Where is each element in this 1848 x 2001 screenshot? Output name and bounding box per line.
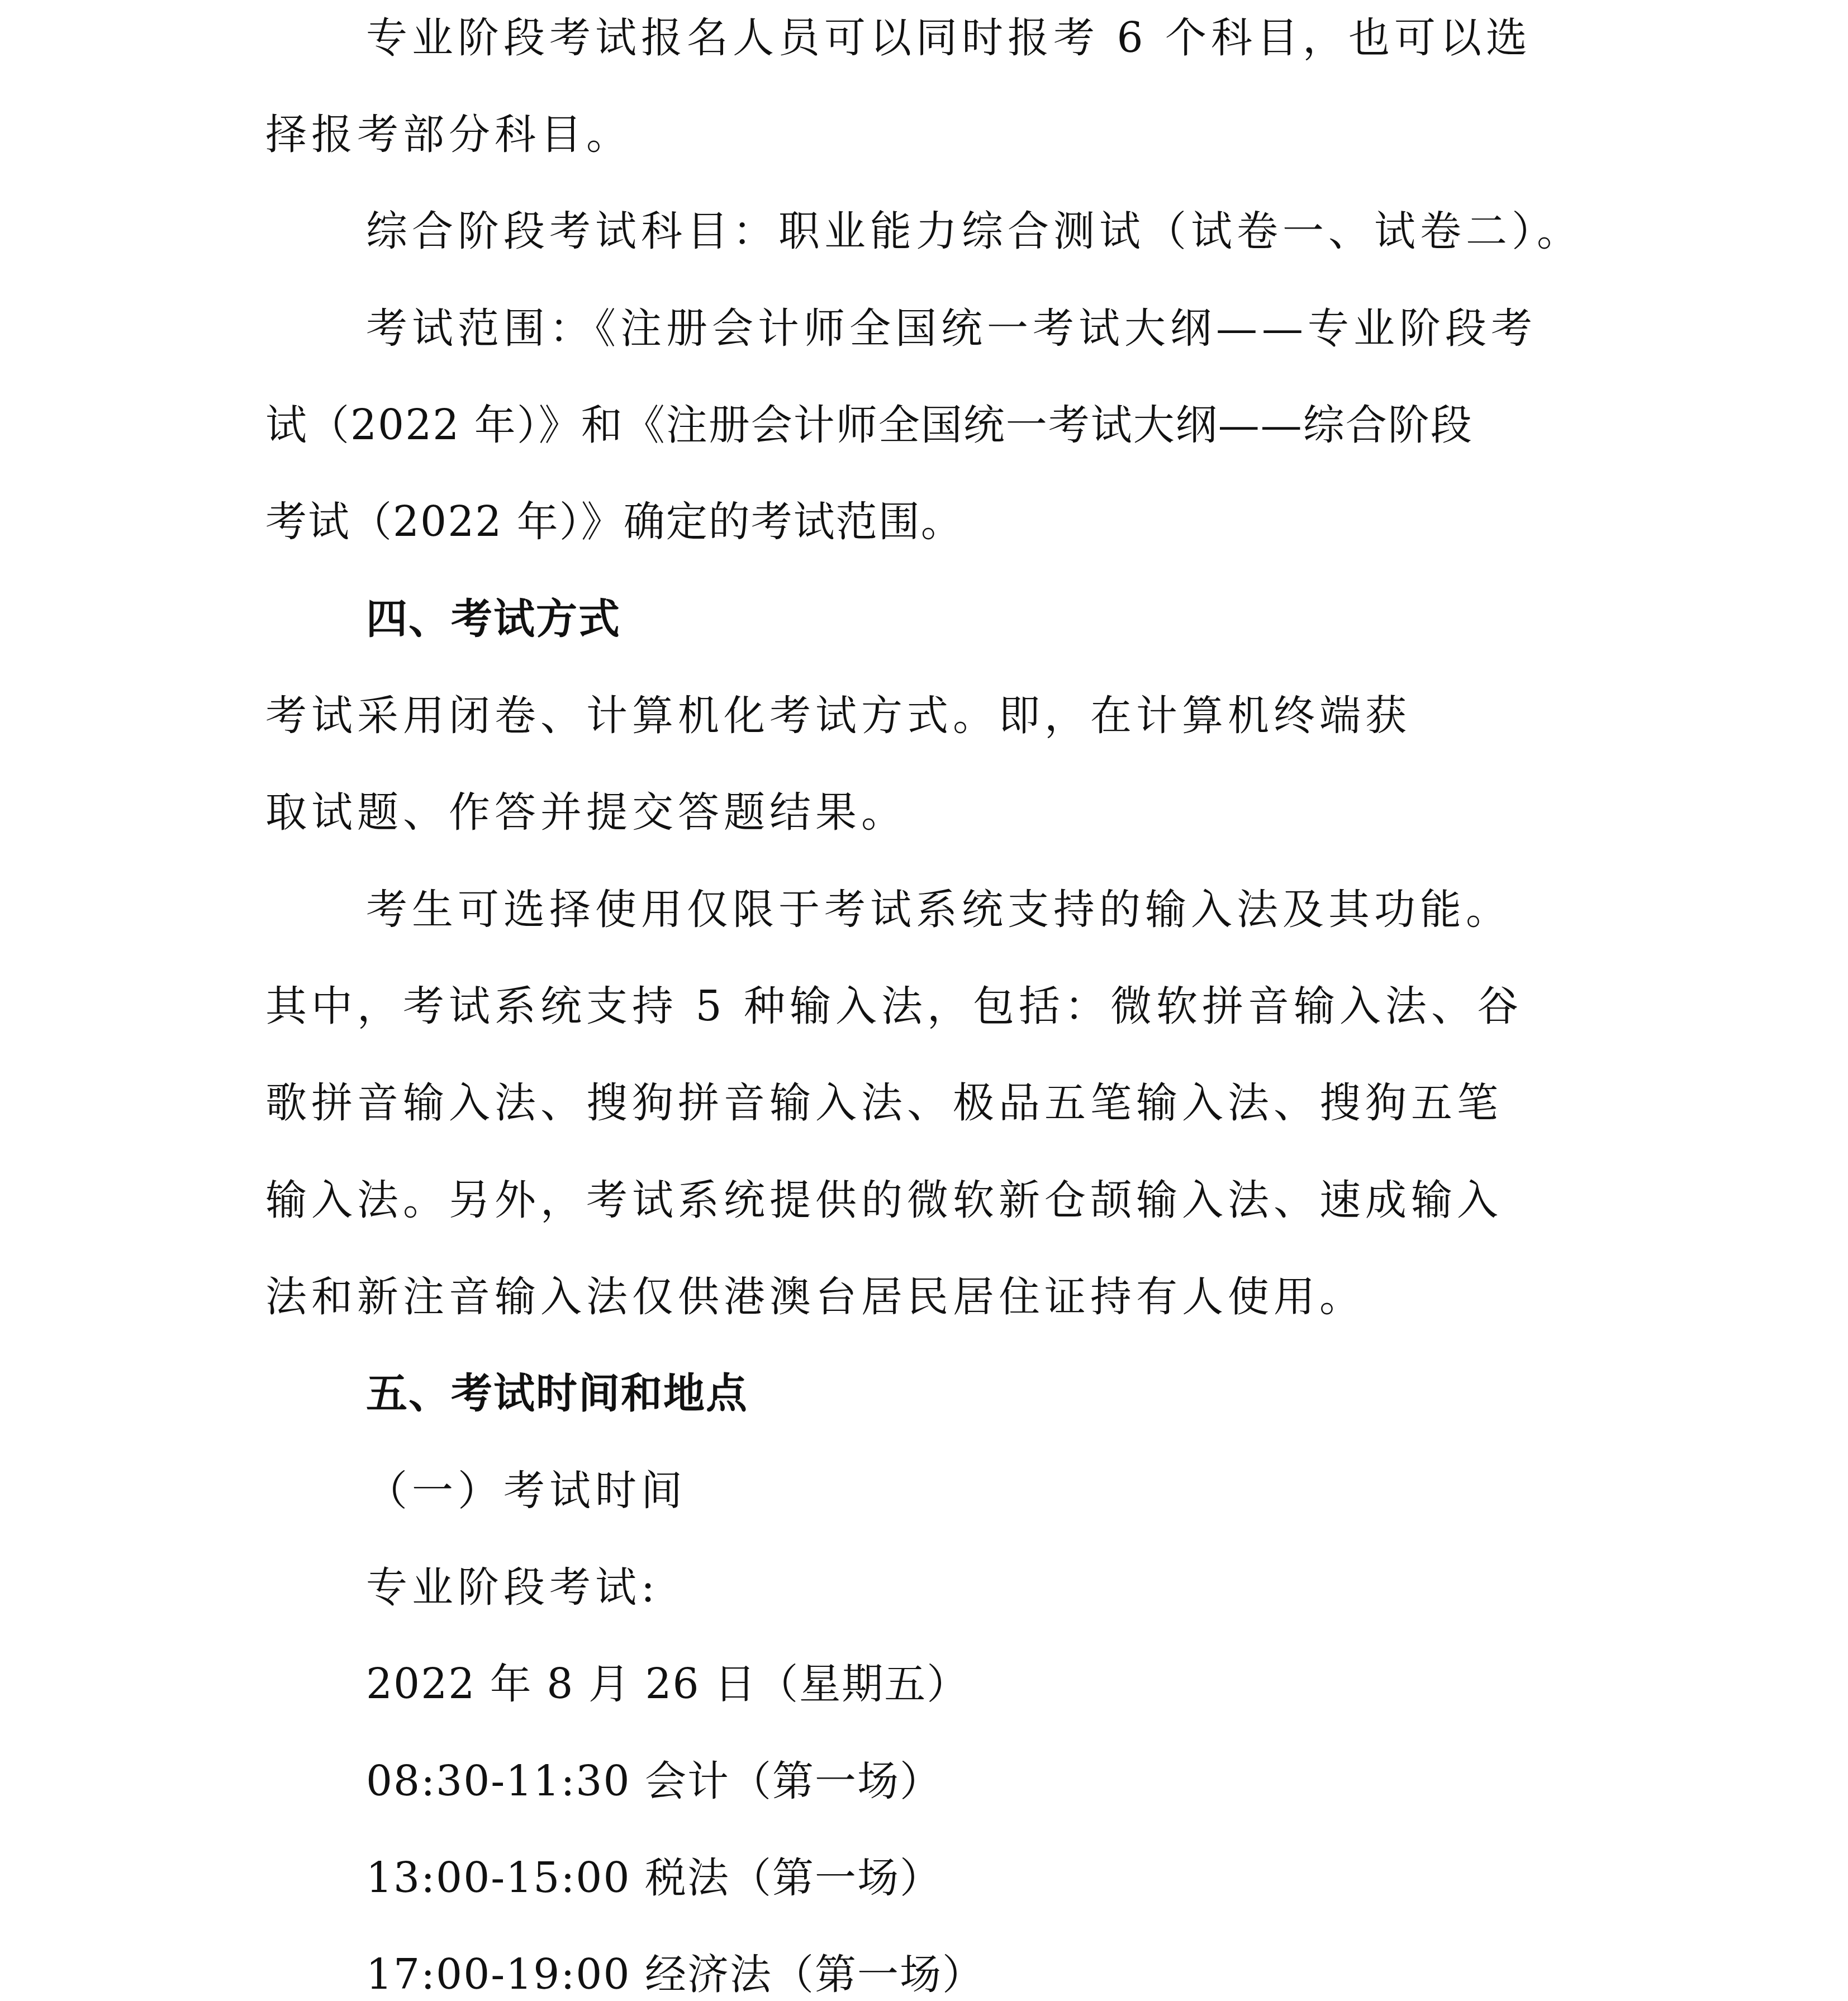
schedule-subject: 经济法（第一场） bbox=[645, 1951, 985, 1999]
paragraph-method-line-1: 考试采用闭卷、计算机化考试方式。即，在计算机终端获 bbox=[265, 688, 1411, 744]
schedule-time: 08:30-11:30 bbox=[366, 1757, 631, 1805]
document-page: 专业阶段考试报名人员可以同时报考 6 个科目，也可以选 择报考部分科目。 综合阶… bbox=[0, 0, 1848, 2001]
schedule-row: 17:00-19:00 经济法（第一场） bbox=[366, 1947, 985, 2001]
paragraph-scope-line-2: 试（2022 年）》和《注册会计师全国统一考试大纲——综合阶段 bbox=[265, 397, 1473, 453]
paragraph-comprehensive-subject: 综合阶段考试科目：职业能力综合测试（试卷一、试卷二）。 bbox=[366, 203, 1583, 259]
paragraph-method-line-2: 取试题、作答并提交答题结果。 bbox=[265, 785, 907, 840]
schedule-subject: 会计（第一场） bbox=[645, 1757, 942, 1805]
stage-label: 专业阶段考试: bbox=[366, 1560, 659, 1615]
section-5-heading: 五、考试时间和地点 bbox=[366, 1366, 748, 1422]
section-4-heading: 四、考试方式 bbox=[366, 591, 621, 647]
schedule-time: 13:00-15:00 bbox=[366, 1854, 631, 1902]
paragraph-input-line-1: 考生可选择使用仅限于考试系统支持的输入法及其功能。 bbox=[366, 882, 1512, 938]
exam-date: 2022 年 8 月 26 日（星期五） bbox=[366, 1656, 969, 1712]
paragraph-input-line-2: 其中，考试系统支持 5 种输入法，包括：微软拼音输入法、谷 bbox=[265, 978, 1523, 1034]
schedule-subject: 税法（第一场） bbox=[645, 1854, 942, 1902]
schedule-time: 17:00-19:00 bbox=[366, 1951, 631, 1999]
paragraph-input-line-4: 输入法。另外，考试系统提供的微软新仓颉输入法、速成输入 bbox=[265, 1172, 1503, 1228]
paragraph-scope-line-3: 考试（2022 年）》确定的考试范围。 bbox=[265, 494, 963, 550]
schedule-row: 08:30-11:30 会计（第一场） bbox=[366, 1753, 942, 1809]
paragraph-subjects-line-2: 择报考部分科目。 bbox=[265, 107, 632, 163]
section-5-subheading: （一）考试时间 bbox=[366, 1463, 687, 1519]
paragraph-input-line-5: 法和新注音输入法仅供港澳台居民居住证持有人使用。 bbox=[265, 1269, 1365, 1325]
paragraph-scope-line-1: 考试范围：《注册会计师全国统一考试大纲——专业阶段考 bbox=[366, 301, 1537, 357]
paragraph-subjects-line-1: 专业阶段考试报名人员可以同时报考 6 个科目，也可以选 bbox=[366, 10, 1532, 66]
paragraph-input-line-3: 歌拼音输入法、搜狗拼音输入法、极品五笔输入法、搜狗五笔 bbox=[265, 1075, 1503, 1131]
schedule-row: 13:00-15:00 税法（第一场） bbox=[366, 1850, 942, 1906]
